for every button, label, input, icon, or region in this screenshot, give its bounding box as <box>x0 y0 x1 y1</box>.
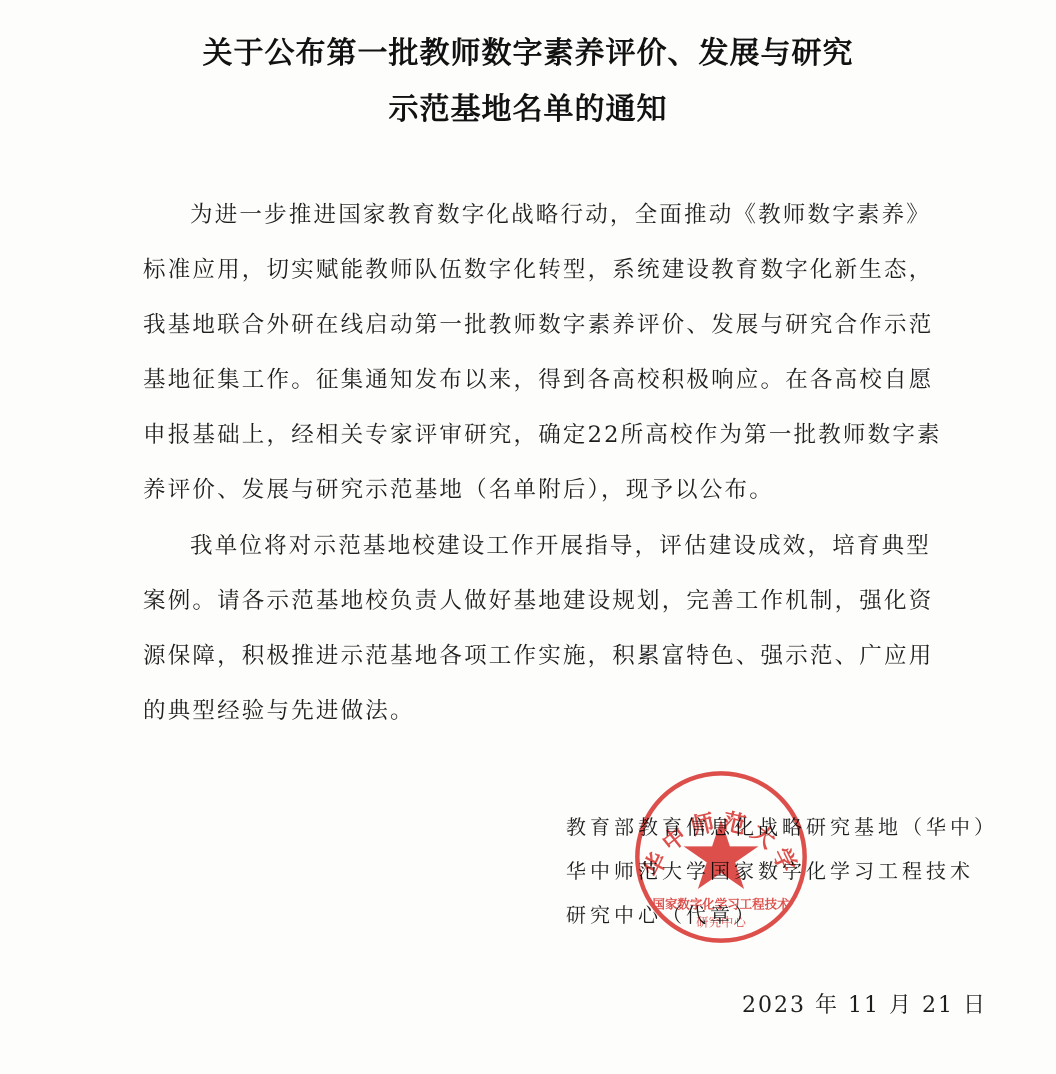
paragraph-line: 我单位将对示范基地校建设工作开展指导，评估建设成效，培育典型 <box>143 519 951 574</box>
paragraph-line: 为进一步推进国家教育数字化战略行动，全面推动《教师数字素养》 <box>143 188 951 243</box>
paragraph-line: 源保障，积极推进示范基地各项工作实施，积累富特色、强示范、广应用 <box>143 629 951 684</box>
paragraph-line: 的典型经验与先进做法。 <box>143 684 951 739</box>
paragraph-line: 我基地联合外研在线启动第一批教师数字素养评价、发展与研究合作示范 <box>143 298 951 353</box>
paragraph-2: 我单位将对示范基地校建设工作开展指导，评估建设成效，培育典型 案例。请各示范基地… <box>143 519 951 739</box>
paragraph-1: 为进一步推进国家教育数字化战略行动，全面推动《教师数字素养》 标准应用，切实赋能… <box>143 188 951 518</box>
official-seal-stamp: 华中师范大学 国家数字化学习工程技术 研究中心 <box>632 768 810 946</box>
paragraph-line: 基地征集工作。征集通知发布以来，得到各高校积极响应。在各高校自愿 <box>143 353 951 408</box>
stamp-bottom-line-2: 研究中心 <box>696 914 746 929</box>
document-title-line-1: 关于公布第一批教师数字素养评价、发展与研究 <box>0 28 1056 72</box>
paragraph-line: 养评价、发展与研究示范基地（名单附后），现予以公布。 <box>143 463 951 518</box>
paragraph-line: 案例。请各示范基地校负责人做好基地建设规划，完善工作机制，强化资 <box>143 574 951 629</box>
document-title-line-2: 示范基地名单的通知 <box>0 84 1056 128</box>
stamp-bottom-line-1: 国家数字化学习工程技术 <box>653 897 791 912</box>
document-page: 关于公布第一批教师数字素养评价、发展与研究 示范基地名单的通知 为进一步推进国家… <box>0 0 1056 1074</box>
paragraph-line: 申报基础上，经相关专家评审研究，确定22所高校作为第一批教师数字素 <box>143 408 951 463</box>
paragraph-line: 标准应用，切实赋能教师队伍数字化转型，系统建设教育数字化新生态， <box>143 243 951 298</box>
document-date: 2023 年 11 月 21 日 <box>742 988 987 1019</box>
